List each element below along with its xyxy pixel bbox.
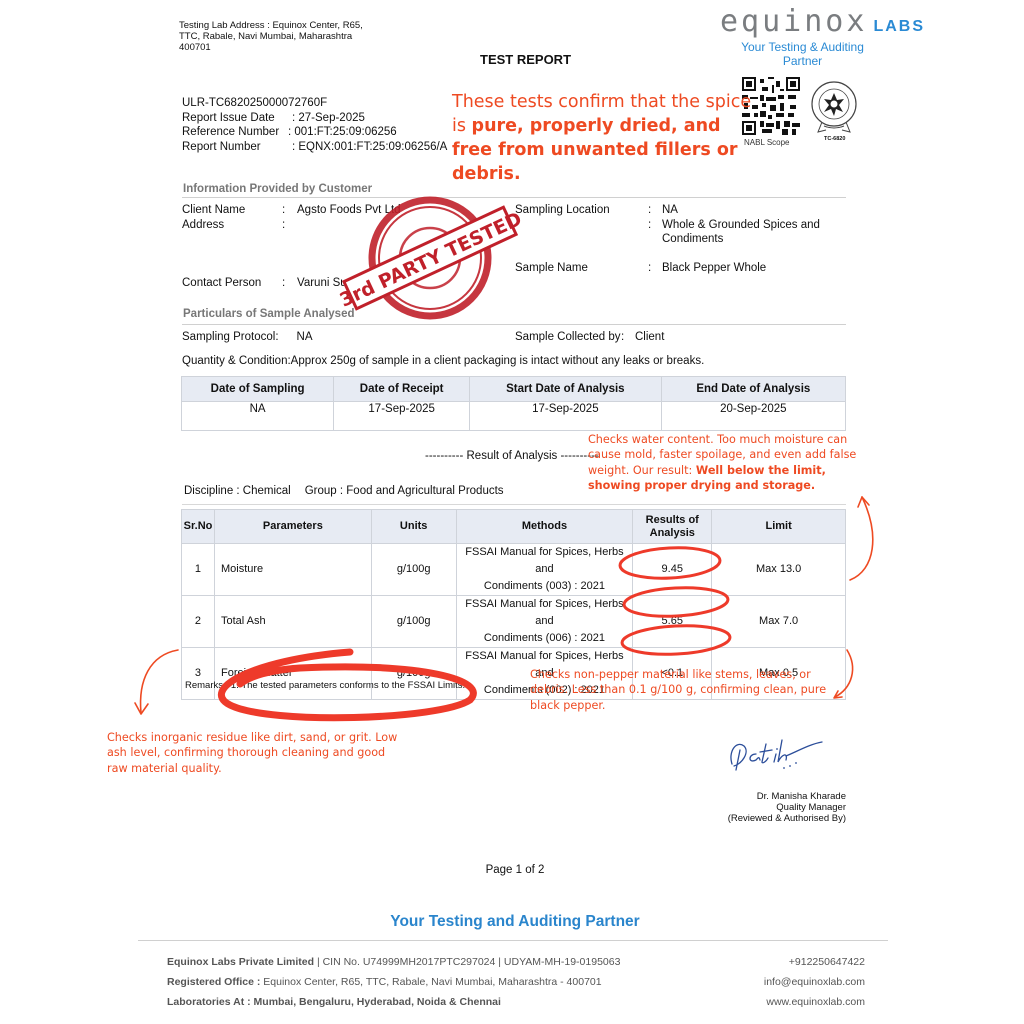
parameter: Moisture <box>214 544 371 596</box>
group: Group : Food and Agricultural Products <box>305 485 504 497</box>
nabl-seal-icon <box>810 80 858 140</box>
result-value: 5.65 <box>633 596 712 648</box>
page-title: TEST REPORT <box>480 52 571 67</box>
discipline: Discipline : Chemical <box>184 485 291 497</box>
lab-address: Testing Lab Address : Equinox Center, R6… <box>179 20 399 53</box>
callout-moisture: Checks water content. Too much moisture … <box>588 432 878 493</box>
field-label: Contact Person <box>182 276 282 291</box>
reference-number-row: Reference Number: 001:FT:25:09:06256 <box>182 125 447 140</box>
field-value: NA <box>297 331 313 343</box>
sample-name: Black Pepper Whole <box>662 261 837 276</box>
signature-image <box>726 730 826 776</box>
lab-address-line: TTC, Rabale, Navi Mumbai, Maharashtra <box>179 31 399 42</box>
method: FSSAI Manual for Spices, Herbs andCondim… <box>456 544 633 596</box>
stamp-text: 3rd PARTY TESTED <box>338 208 525 312</box>
website-link[interactable]: www.equinoxlab.com <box>700 992 865 1012</box>
report-number-row: Report Number: EQNX:001:FT:25:09:06256/A <box>182 140 447 155</box>
section-heading-customer: Information Provided by Customer <box>183 183 372 195</box>
quantity-condition: Quantity & Condition:Approx 250g of samp… <box>182 354 704 369</box>
section-heading-particulars: Particulars of Sample Analysed <box>183 308 355 320</box>
start-date: 17-Sep-2025 <box>470 402 662 431</box>
company-name: Equinox Labs Private Limited <box>167 956 314 968</box>
signatory-name: Dr. Manisha Kharade <box>700 791 846 802</box>
column-header: Sr.No <box>182 510 215 544</box>
dates-table: Date of Sampling Date of Receipt Start D… <box>181 376 846 431</box>
unit: g/100g <box>371 648 456 700</box>
method-line: FSSAI Manual for Spices, Herbs and <box>457 596 633 630</box>
parameter: Foreign Matter <box>214 648 371 700</box>
seal-code: TC-6820 <box>824 136 845 142</box>
laboratories: Laboratories At : Mumbai, Bengaluru, Hyd… <box>167 996 501 1008</box>
email-link[interactable]: info@equinoxlab.com <box>700 972 865 992</box>
company-ids: | CIN No. U74999MH2017PTC297024 | UDYAM-… <box>314 956 620 968</box>
logo-labs: LABS <box>873 18 925 35</box>
table-row: NA 17-Sep-2025 17-Sep-2025 20-Sep-2025 <box>182 402 846 431</box>
end-date: 20-Sep-2025 <box>661 402 845 431</box>
callout-bold-text: pure, properly dried, and free from unwa… <box>452 116 738 184</box>
table-row: 2 Total Ash g/100g FSSAI Manual for Spic… <box>182 596 846 648</box>
arrow-icon <box>850 497 873 580</box>
logo-tagline: Your Testing & Auditing Partner <box>720 40 885 68</box>
arrow-icon <box>141 650 178 713</box>
footer-company-info: Equinox Labs Private Limited | CIN No. U… <box>167 952 620 1012</box>
divider <box>138 940 888 941</box>
discipline-group: Discipline : ChemicalGroup : Food and Ag… <box>184 484 504 499</box>
signatory-note: (Reviewed & Authorised By) <box>700 813 846 824</box>
remark: Remarks : 1. The tested parameters confo… <box>185 680 465 691</box>
method-line: FSSAI Manual for Spices, Herbs and <box>457 544 633 578</box>
page-number: Page 1 of 2 <box>0 864 1024 876</box>
sample-collected-by: Sample Collected by:Client <box>515 330 664 345</box>
callout-total-ash: Checks inorganic residue like dirt, sand… <box>107 730 407 776</box>
column-header: Date of Sampling <box>182 377 334 402</box>
date-of-sampling: NA <box>182 402 334 431</box>
parameter: Total Ash <box>214 596 371 648</box>
meta-value: : 27-Sep-2025 <box>292 111 365 126</box>
report-meta: ULR-TC682025000072760F Report Issue Date… <box>182 96 447 154</box>
lab-address-line: 400701 <box>179 42 399 53</box>
sampling-protocol: Sampling Protocol:NA <box>182 330 313 345</box>
field-label: Sample Collected by <box>515 330 621 345</box>
sr-no: 3 <box>182 648 215 700</box>
field-label: Address <box>182 218 282 233</box>
unit: g/100g <box>371 544 456 596</box>
unit: g/100g <box>371 596 456 648</box>
column-header: Units <box>371 510 456 544</box>
callout-summary: These tests confirm that the spice is pu… <box>452 90 752 186</box>
arrowhead-icon <box>135 703 148 714</box>
sampling-location: NA <box>662 203 837 218</box>
meta-label: Report Number <box>182 140 292 155</box>
divider <box>182 324 846 325</box>
ulr-number: ULR-TC682025000072760F <box>182 96 447 111</box>
sr-no: 2 <box>182 596 215 648</box>
office-address: Equinox Center, R65, TTC, Rabale, Navi M… <box>260 976 601 988</box>
meta-value: : 001:FT:25:09:06256 <box>288 125 397 140</box>
sr-no: 1 <box>182 544 215 596</box>
column-header: Limit <box>712 510 846 544</box>
arrowhead-icon <box>858 497 869 507</box>
result-of-analysis-heading: ---------- Result of Analysis ---------- <box>425 449 599 464</box>
lab-address-line: Testing Lab Address : Equinox Center, R6… <box>179 20 399 31</box>
column-header: Parameters <box>214 510 371 544</box>
field-label: Sampling Protocol: <box>182 331 279 343</box>
signatory-title: Quality Manager <box>700 802 846 813</box>
method: FSSAI Manual for Spices, Herbs andCondim… <box>456 596 633 648</box>
column-header: Date of Receipt <box>334 377 470 402</box>
third-party-tested-stamp: 3rd PARTY TESTED <box>338 196 538 326</box>
method-line: Condiments (003) : 2021 <box>457 578 633 595</box>
result-value: 9.45 <box>633 544 712 596</box>
phone-link[interactable]: +912250647422 <box>700 952 865 972</box>
equinox-logo: equinoxLABS Your Testing & Auditing Part… <box>720 4 885 68</box>
limit: Max 13.0 <box>712 544 846 596</box>
column-header: Results of Analysis <box>633 510 712 544</box>
signatory: Dr. Manisha Kharade Quality Manager (Rev… <box>700 791 846 824</box>
sample-info: Sampling Location:NA :Whole & Grounded S… <box>515 203 837 275</box>
footer-tagline: Your Testing and Auditing Partner <box>0 913 1024 931</box>
office-label: Registered Office : <box>167 976 260 988</box>
report-issue-date-row: Report Issue Date: 27-Sep-2025 <box>182 111 447 126</box>
table-row: 1 Moisture g/100g FSSAI Manual for Spice… <box>182 544 846 596</box>
footer-contact: +912250647422 info@equinoxlab.com www.eq… <box>700 952 865 1012</box>
divider <box>182 504 846 505</box>
column-header: Methods <box>456 510 633 544</box>
logo-word: equinox <box>720 4 867 39</box>
date-of-receipt: 17-Sep-2025 <box>334 402 470 431</box>
callout-foreign-matter: Checks non-pepper material like stems, l… <box>530 667 830 713</box>
sample-category: Whole & Grounded Spices and Condiments <box>662 218 837 247</box>
column-header: End Date of Analysis <box>661 377 845 402</box>
meta-value: : EQNX:001:FT:25:09:06256/A <box>292 140 447 155</box>
meta-label: Report Issue Date <box>182 111 292 126</box>
meta-label: Reference Number <box>182 125 288 140</box>
column-header: Start Date of Analysis <box>470 377 662 402</box>
field-value: Client <box>635 331 664 343</box>
limit: Max 7.0 <box>712 596 846 648</box>
field-label: Client Name <box>182 203 282 218</box>
method-line: Condiments (006) : 2021 <box>457 630 633 647</box>
